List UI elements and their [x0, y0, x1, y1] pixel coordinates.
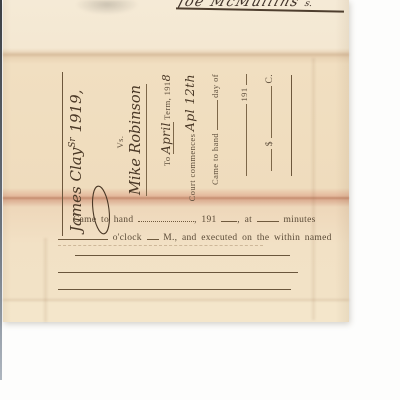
blank-fill-line	[138, 213, 194, 222]
blank-fill-line	[147, 231, 159, 240]
term-rest-label: Term, 191	[162, 81, 172, 119]
return-year-label: , 191	[194, 215, 217, 225]
blank-fill-line	[221, 213, 237, 222]
horizontal-crease-top	[3, 53, 349, 56]
vertical-crease-right	[312, 58, 315, 320]
scan-edge-strip	[0, 0, 2, 380]
signature-suffix: s.	[303, 0, 313, 9]
court-commences-date-handwritten: Apl 12th	[182, 74, 197, 131]
return-executed-label: M., and executed on the within named	[163, 233, 331, 243]
signature-name: Joe McMullins	[178, 0, 302, 10]
plaintiff-year: 1919,	[67, 90, 85, 133]
blank-writing-rule	[58, 289, 291, 290]
docket-bottom-rule	[291, 75, 292, 176]
scanned-document-page: Joe McMullins s. James ClaySr 1919, Vs. …	[0, 0, 400, 400]
plaintiff-line: James ClaySr 1919,	[67, 64, 85, 232]
return-oclock-label: o'clock	[113, 233, 142, 243]
blank-fill-line	[257, 213, 279, 222]
court-commences-label: Court commences	[187, 134, 197, 202]
blank-writing-rule	[58, 272, 298, 273]
return-minutes-label: minutes	[283, 215, 315, 225]
came-to-hand-label: Came to hand	[210, 133, 220, 185]
blank-fill-line	[238, 74, 247, 85]
dashed-crease-line	[58, 245, 263, 246]
horizontal-crease-bottom	[3, 299, 349, 301]
term-to-label: To	[162, 157, 172, 167]
blank-fill-line	[263, 86, 272, 138]
term-month-handwritten: April	[159, 122, 174, 154]
plaintiff-name-suffix: Sr	[68, 137, 78, 147]
dollar-sign-label: $	[265, 141, 275, 146]
cents-label: C.	[265, 74, 275, 84]
return-line-2: o'clock M., and executed on the within n…	[58, 231, 332, 243]
year-191-label: 191	[239, 88, 249, 102]
return-at-label: , at	[237, 215, 252, 225]
term-year-handwritten: 8	[160, 74, 173, 81]
signature-text: Joe McMullins s.	[178, 0, 315, 10]
blank-fill-line	[209, 100, 218, 130]
pen-flourish	[90, 184, 112, 236]
docket-top-rule	[62, 72, 63, 236]
defendant-line: Mike Robinson	[128, 84, 147, 196]
vertical-crease-left	[44, 238, 47, 322]
blank-fill-line	[58, 231, 108, 240]
vs-label: Vs.	[115, 58, 125, 238]
blank-fill-line	[263, 149, 272, 171]
ink-smudge	[75, 0, 139, 15]
return-line-1: Came to hand , 191 , at minutes	[73, 213, 316, 225]
day-of-label: day of	[210, 74, 220, 98]
blank-writing-rule	[75, 255, 290, 256]
blank-fill-line	[238, 104, 247, 176]
top-signature: Joe McMullins s.	[178, 0, 350, 15]
return-came-to-hand-label: Came to hand	[73, 215, 133, 225]
paper-sheet: Joe McMullins s. James ClaySr 1919, Vs. …	[3, 0, 349, 322]
